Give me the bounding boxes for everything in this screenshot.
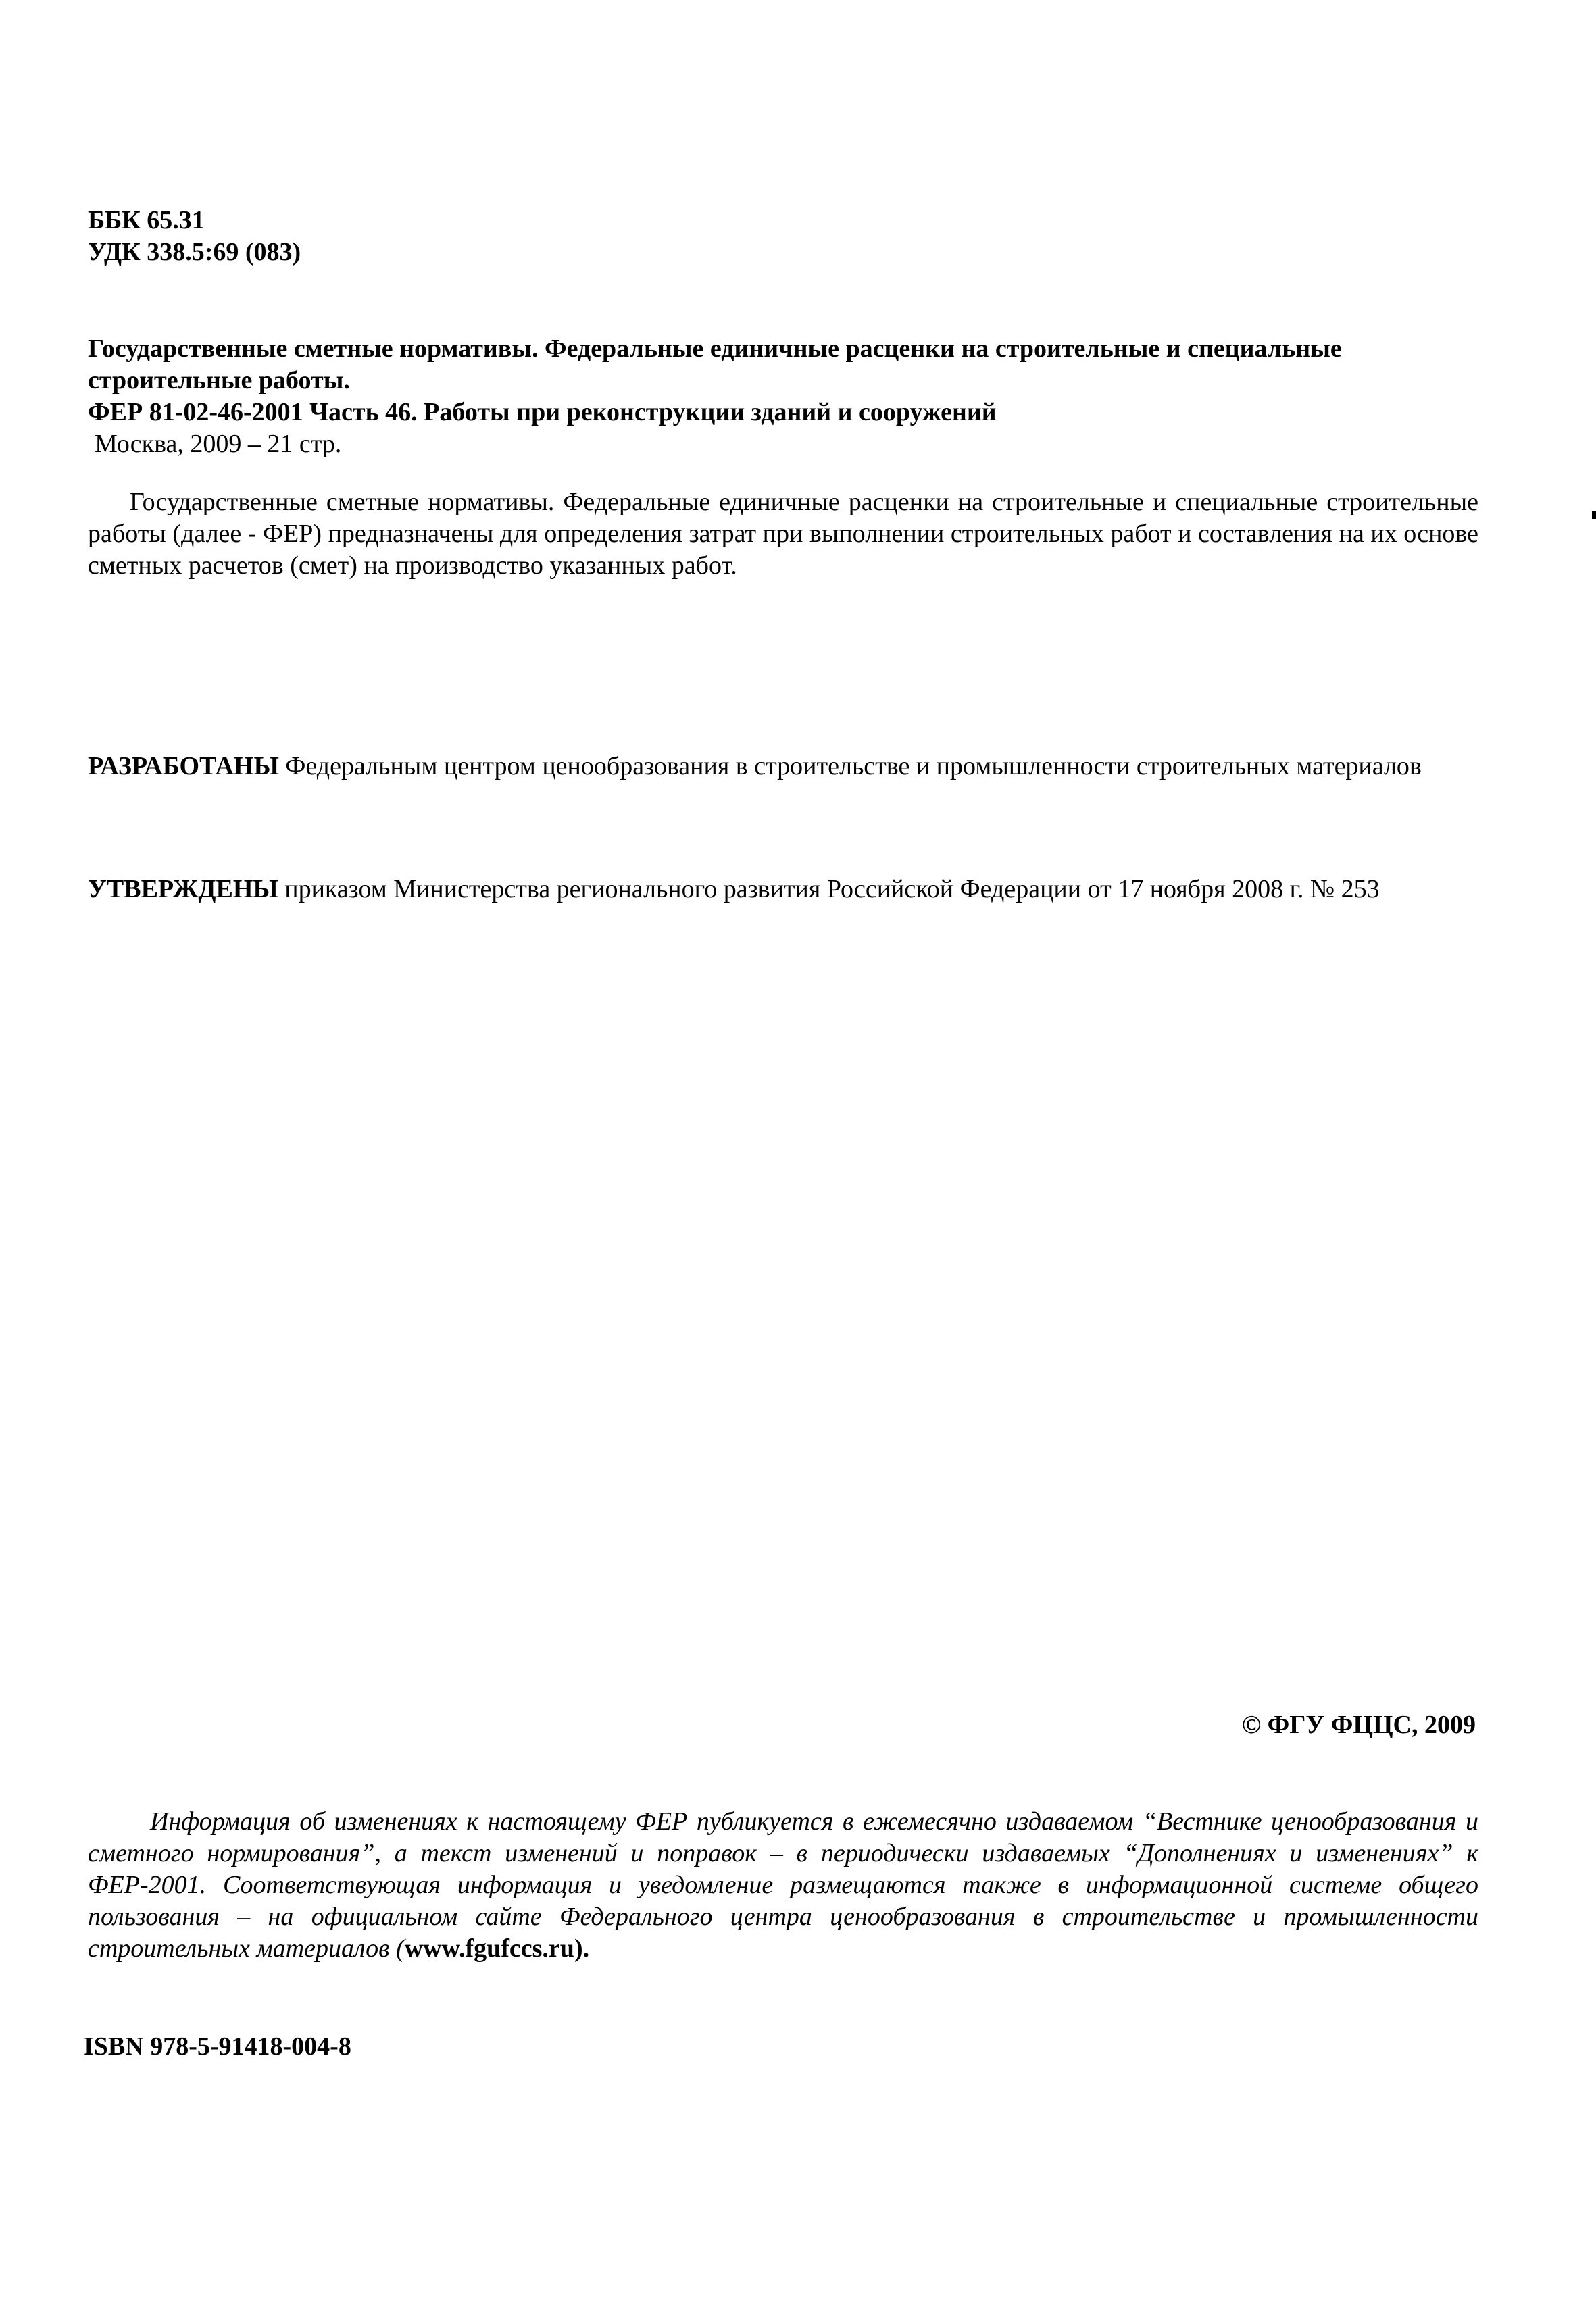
imprint: Москва, 2009 – 21 стр.: [88, 428, 1478, 460]
document-title: Государственные сметные нормативы. Федер…: [88, 333, 1478, 397]
classification-block: ББК 65.31 УДК 338.5:69 (083): [88, 205, 1478, 268]
isbn: ISBN 978-5-91418-004-8: [84, 2031, 1474, 2063]
document-subtitle: ФЕР 81-02-46-2001 Часть 46. Работы при р…: [88, 397, 1478, 428]
info-note: Информация об изменениях к настоящему ФЕ…: [88, 1806, 1478, 1965]
title-block: Государственные сметные нормативы. Федер…: [88, 333, 1478, 460]
developed-text: Федеральным центром ценообразования в ст…: [285, 752, 1421, 780]
info-note-tail: ).: [574, 1934, 589, 1963]
approved-by: УТВЕРЖДЕНЫ приказом Министерства региона…: [88, 874, 1478, 905]
udk-code: УДК 338.5:69 (083): [88, 236, 1478, 268]
developed-label: РАЗРАБОТАНЫ: [88, 752, 279, 780]
info-note-paragraph: Информация об изменениях к настоящему ФЕ…: [88, 1806, 1478, 1965]
copyright: © ФГУ ФЦЦС, 2009: [1242, 1709, 1476, 1741]
info-note-text: Информация об изменениях к настоящему ФЕ…: [88, 1807, 1478, 1963]
website-link[interactable]: www.fgufccs.ru: [405, 1934, 574, 1963]
developed-by: РАЗРАБОТАНЫ Федеральным центром ценообра…: [88, 751, 1478, 782]
approved-label: УТВЕРЖДЕНЫ: [88, 875, 278, 903]
approved-text: приказом Министерства регионального разв…: [284, 875, 1379, 903]
bbk-code: ББК 65.31: [88, 205, 1478, 236]
description-paragraph: Государственные сметные нормативы. Федер…: [88, 486, 1478, 582]
scan-artifact: [1592, 511, 1596, 519]
